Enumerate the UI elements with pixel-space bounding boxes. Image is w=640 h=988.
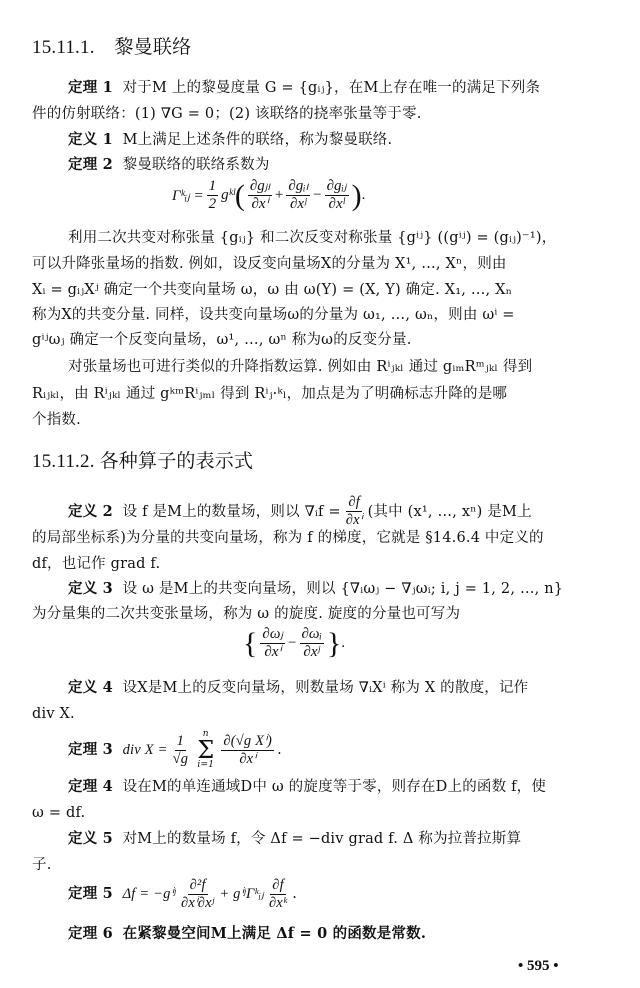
fraction: ∂ωⱼ∂xⁱ	[260, 626, 285, 661]
paragraph-line: 对张量场也可进行类似的升降指数运算. 例如由 Rⁱⱼₖₗ 通过 gᵢₘRᵐⱼₖₗ…	[68, 357, 640, 377]
theorem-6: 定理 6 在紧黎曼空间M上满足 Δf = 0 的函数是常数.	[68, 924, 640, 944]
theorem-5: 定理 5 Δf = −gⁱʲ ∂²f∂xⁱ∂xʲ + gⁱʲΓᵏᵢⱼ ∂f∂xᵏ…	[68, 874, 640, 914]
definition-text: M上满足上述条件的联络，称为黎曼联络.	[123, 132, 393, 148]
theorem-label: 定理 5	[68, 884, 113, 904]
definition-2: 定义 2 设 f 是M上的数量场，则以 ∇ᵢf = ∂f∂xⁱ (其中 (x¹,…	[68, 494, 640, 529]
section-heading-1: 15.11.1. 黎曼联络	[32, 38, 612, 58]
page-number: • 595 •	[518, 958, 559, 975]
fraction: ∂(√g Xⁱ)∂xⁱ	[221, 733, 274, 768]
definition-1: 定义 1 M上满足上述条件的联络，称为黎曼联络.	[68, 130, 640, 150]
theorem-text: 设在M的单连通域D中 ω 的旋度等于零，则存在D上的函数 f，使	[123, 779, 547, 795]
formula-lhs: Γᵏᵢⱼ =	[172, 186, 204, 205]
definition-label: 定义 5	[68, 830, 113, 847]
formula-lhs: Δf = −gⁱʲ	[123, 884, 176, 904]
theorem-label: 定理 3	[68, 740, 113, 760]
formula-term: + gⁱʲΓᵏᵢⱼ	[219, 884, 264, 904]
definition-text: 设 ω 是M上的共变向量场，则以 {∇ᵢωⱼ − ∇ⱼωᵢ; i, j = 1,…	[123, 581, 564, 597]
definition-text: (其中 (x¹, …, xⁿ) 是M上	[368, 502, 532, 522]
paragraph-line: Xᵢ = gᵢⱼXʲ 确定一个共变向量场 ω，ω 由 ω(Y) = (X, Y)…	[32, 280, 612, 300]
section-title: 各种算子的表示式	[100, 451, 254, 472]
paragraph-line: 利用二次共变对称张量 {gᵢⱼ} 和二次反变对称张量 {gⁱʲ} ((gⁱʲ) …	[68, 228, 640, 248]
theorem-text-cont: ω = df.	[32, 803, 612, 823]
definition-label: 定义 4	[68, 679, 113, 696]
section-number: 15.11.1.	[32, 37, 95, 58]
section-heading-2: 15.11.2. 各种算子的表示式	[32, 452, 612, 472]
fraction: ∂f∂xᵏ	[267, 877, 289, 912]
definition-text-cont: 的局部坐标系)为分量的共变向量场，称为 f 的梯度，它就是 §14.6.4 中定…	[32, 528, 612, 548]
definition-label: 定义 3	[68, 580, 113, 597]
theorem-text: 对于M 上的黎曼度量 G = {gᵢⱼ}，在M上存在唯一的满足下列条	[123, 80, 541, 96]
definition-5: 定义 5 对M上的数量场 f，令 Δf = −div grad f. Δ 称为拉…	[68, 829, 640, 849]
theorem-label: 定理 6	[68, 925, 113, 942]
definition-text: 设X是M上的反变向量场，则数量场 ∇ᵢXⁱ 称为 X 的散度，记作	[123, 680, 529, 696]
theorem-label: 定理 2	[68, 156, 113, 173]
theorem-text-cont: 件的仿射联络：(1) ∇G = 0；(2) 该联络的挠率张量等于零.	[32, 104, 612, 124]
definition-text-cont: 为分量集的二次共变张量场，称为 ω 的旋度. 旋度的分量也可写为	[32, 604, 612, 624]
definition-text-cont: df，也记作 grad f.	[32, 554, 612, 574]
theorem-text: 黎曼联络的联络系数为	[123, 157, 270, 173]
definition-3: 定义 3 设 ω 是M上的共变向量场，则以 {∇ᵢωⱼ − ∇ⱼωᵢ; i, j…	[68, 579, 640, 599]
metric-term: gᵏˡ	[221, 187, 235, 204]
fraction: ∂gᵢⱼ∂xˡ	[325, 178, 349, 213]
formula-lhs: div X =	[123, 740, 168, 760]
theorem-1: 定理 1 对于M 上的黎曼度量 G = {gᵢⱼ}，在M上存在唯一的满足下列条	[68, 78, 640, 98]
paragraph-line: gⁱʲωⱼ 确定一个反变向量场，ω¹, …, ωⁿ 称为ω的反变分量.	[32, 330, 612, 350]
summation: nΣi=1	[197, 730, 214, 770]
paragraph-line: Rᵢⱼₖₗ，由 Rⁱⱼₖₗ 通过 gᵏᵐRⁱⱼₘₗ 得到 Rⁱⱼ·ᵏₗ，加点是为…	[32, 384, 612, 404]
section-number: 15.11.2.	[32, 451, 95, 472]
definition-text-cont: 子.	[32, 855, 612, 875]
theorem-3: 定理 3 div X = 1√g nΣi=1 ∂(√g Xⁱ)∂xⁱ .	[68, 728, 640, 772]
paragraph-line: 称为X的共变分量. 同样，设共变向量场ω的分量为 ω₁, …, ωₙ，则由 ωⁱ…	[32, 305, 612, 325]
fraction: ∂f∂xⁱ	[344, 494, 365, 529]
paragraph-line: 个指数.	[32, 410, 612, 430]
definition-4: 定义 4 设X是M上的反变向量场，则数量场 ∇ᵢXⁱ 称为 X 的散度，记作	[68, 678, 640, 698]
definition-text: 对M上的数量场 f，令 Δf = −div grad f. Δ 称为拉普拉斯算	[123, 831, 522, 847]
fraction: 1√g	[171, 733, 191, 768]
theorem-text: 在紧黎曼空间M上满足 Δf = 0 的函数是常数.	[123, 925, 427, 942]
document-page: 15.11.1. 黎曼联络 定理 1 对于M 上的黎曼度量 G = {gᵢⱼ}，…	[0, 0, 640, 988]
definition-label: 定义 2	[68, 502, 113, 522]
fraction: ∂gᵢₗ∂xʲ	[286, 178, 310, 213]
theorem-label: 定理 4	[68, 778, 113, 795]
theorem-label: 定理 1	[68, 79, 113, 96]
fraction: ∂ωᵢ∂xʲ	[300, 626, 324, 661]
fraction: ∂gⱼₗ∂xⁱ	[248, 178, 272, 213]
paragraph-line: 可以升降张量场的指数. 例如，设反变向量场X的分量为 X¹, …, Xⁿ，则由	[32, 254, 612, 274]
definition-label: 定义 1	[68, 131, 113, 148]
definition-text-cont: div X.	[32, 704, 612, 724]
fraction: 12	[207, 178, 219, 213]
theorem-4: 定理 4 设在M的单连通域D中 ω 的旋度等于零，则存在D上的函数 f，使	[68, 777, 640, 797]
theorem-2: 定理 2 黎曼联络的联络系数为	[68, 155, 640, 175]
fraction: ∂²f∂xⁱ∂xʲ	[179, 877, 216, 912]
section-title: 黎曼联络	[114, 37, 191, 58]
christoffel-formula: Γᵏᵢⱼ = 12 gᵏˡ ( ∂gⱼₗ∂xⁱ + ∂gᵢₗ∂xʲ − ∂gᵢⱼ…	[172, 178, 365, 213]
definition-text: 设 f 是M上的数量场，则以 ∇ᵢf =	[123, 502, 341, 522]
curl-formula: { ∂ωⱼ∂xⁱ − ∂ωᵢ∂xʲ } .	[243, 626, 345, 661]
